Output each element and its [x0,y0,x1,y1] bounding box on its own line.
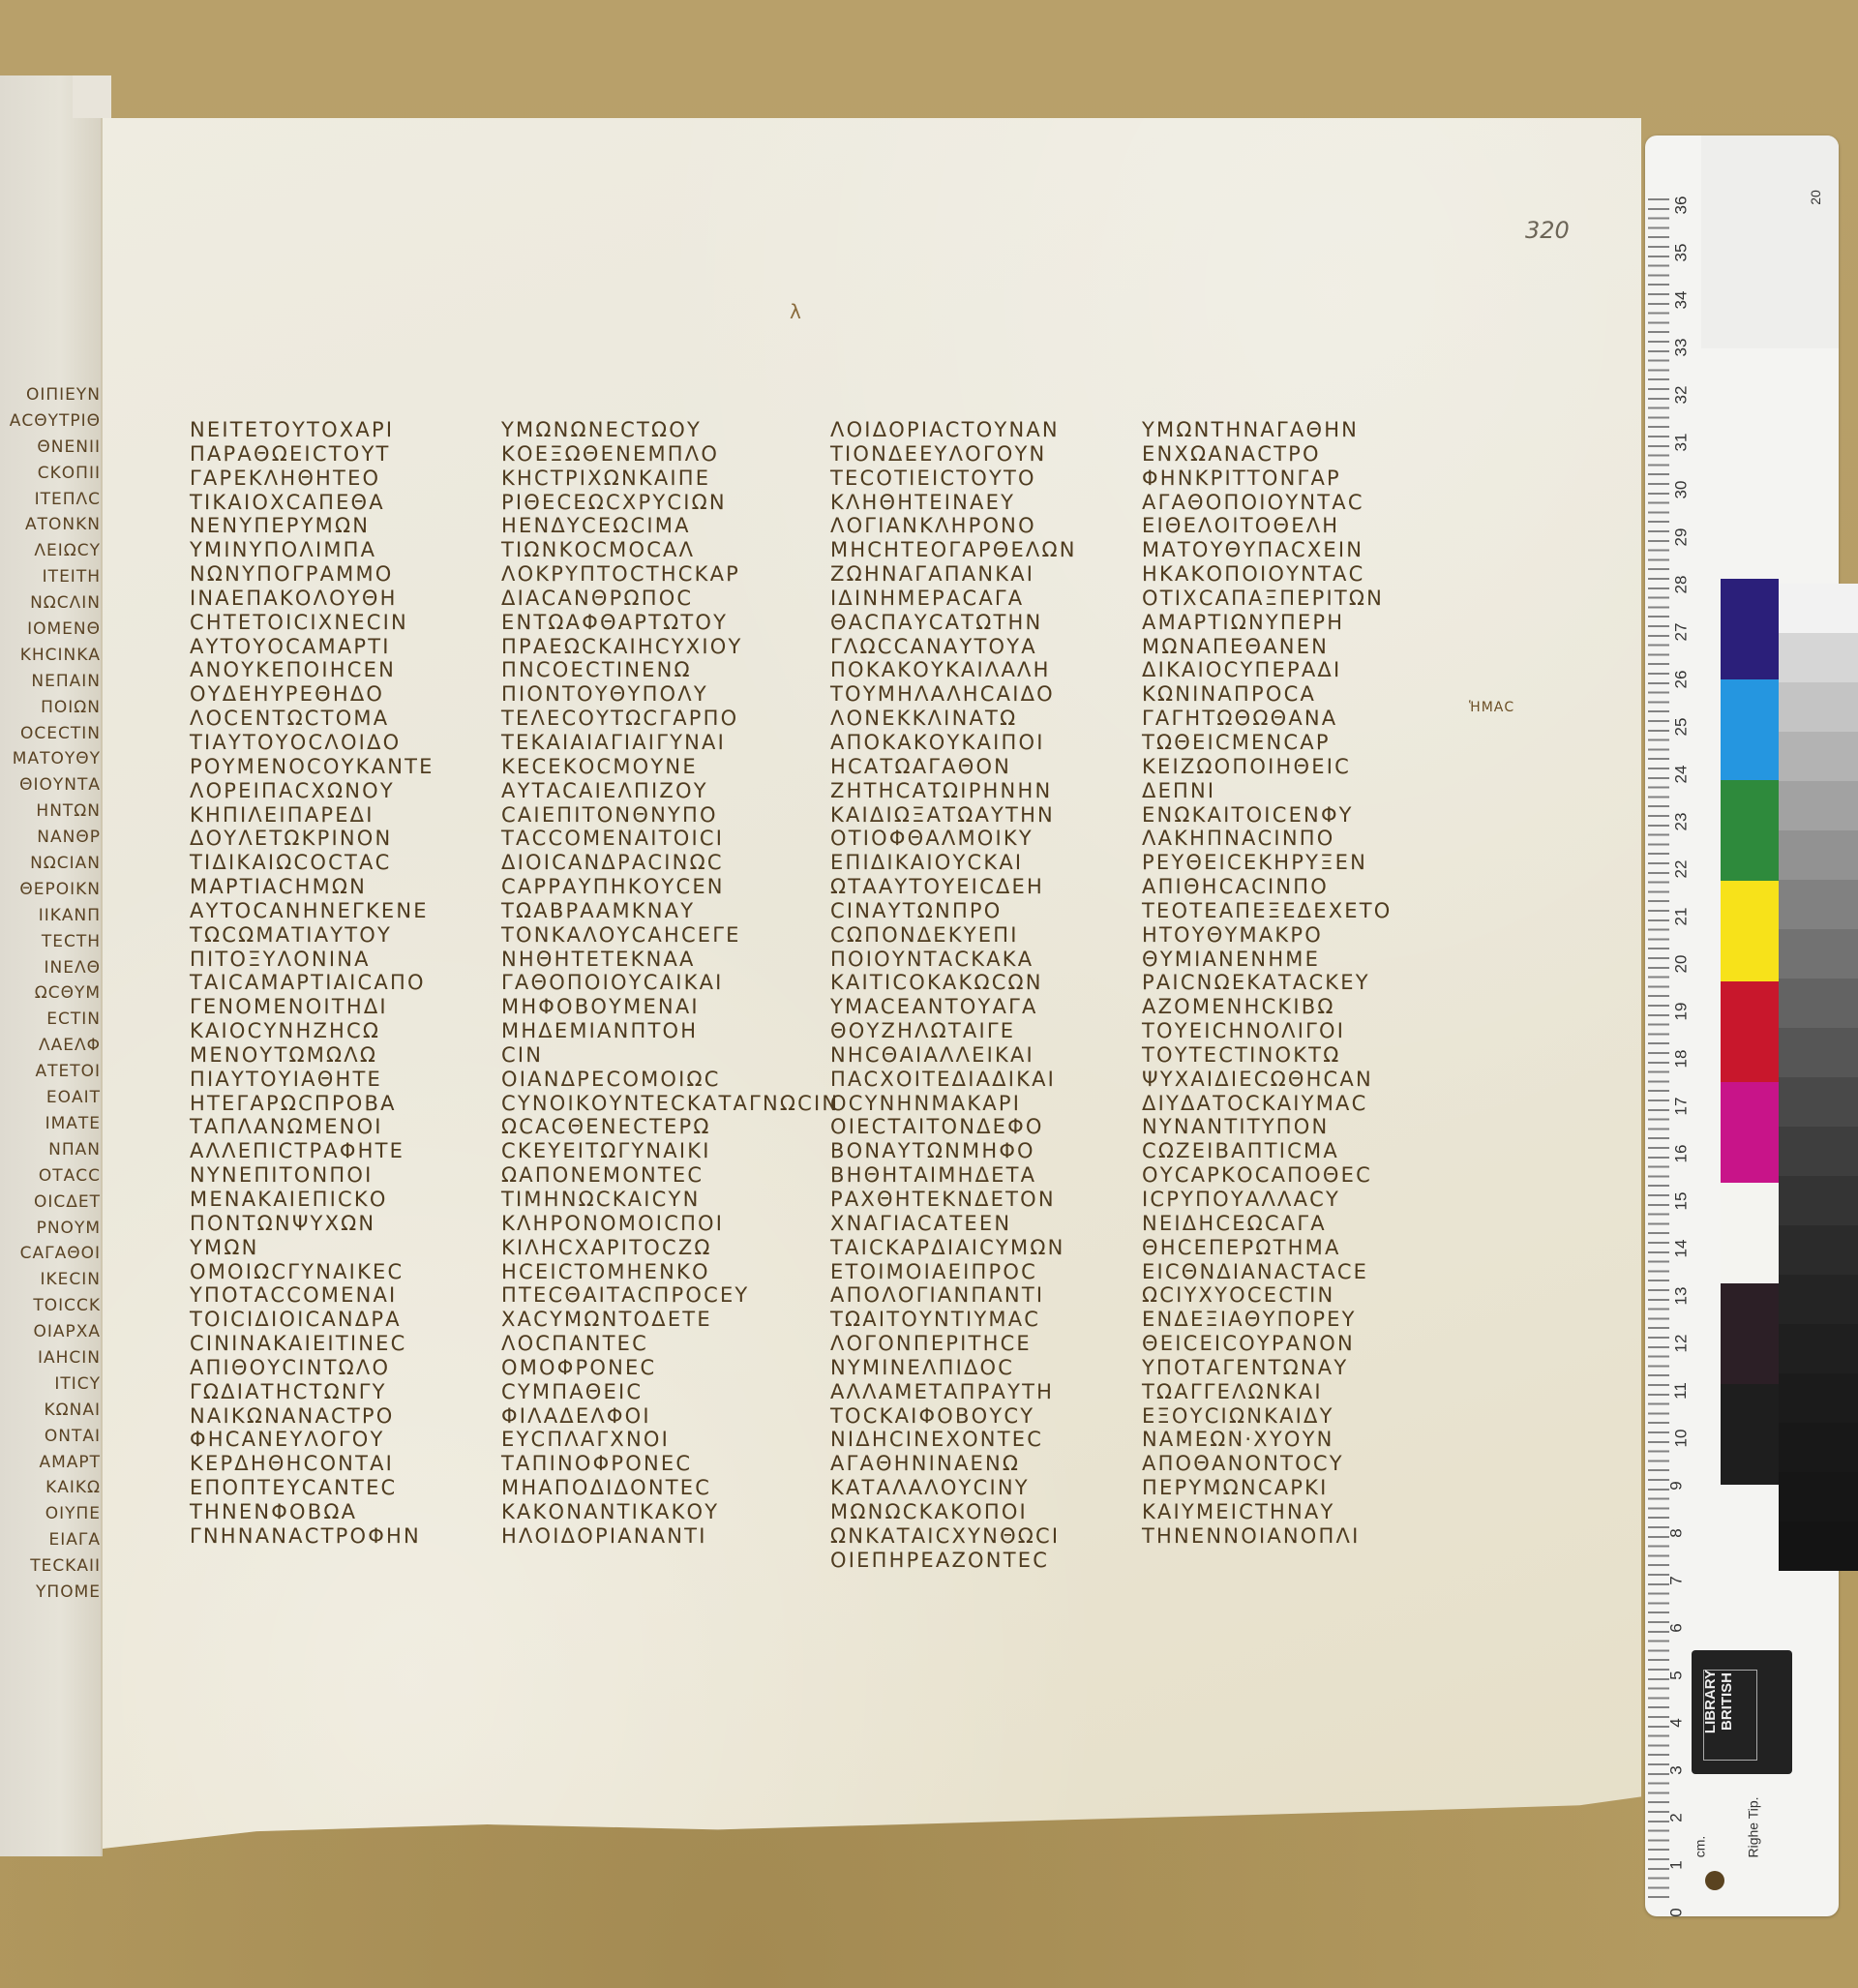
left-page-line: ΟΤΑϹϹ [0,1163,101,1190]
text-line: ΚΙΛΗϹΧΑΡΙΤΟϹΖΩ [501,1236,839,1260]
ruler-unit-label: cm. [1692,1836,1707,1858]
ruler-number: 26 [1671,671,1691,689]
gray-scale [1779,584,1858,1571]
ruler-number: 8 [1667,1528,1687,1537]
text-line: ΤΗΝΕΝΝΟΙΑΝΟΠΛΙ [1142,1524,1393,1549]
text-line: ΘΑϹΠΑΥϹΑΤΩΤΗΝ [830,611,1077,635]
text-line: ΖΩΗΝΑΓΑΠΑΝΚΑΙ [830,562,1077,587]
text-line: ΤΙΩΝΚΟϹΜΟϹΑΛ [501,538,839,562]
text-line: ΠΑΡΑΘΩΕΙϹΤΟΥΤ [190,442,435,467]
text-line: ΩΑΠΟΝΕΜΟΝΤΕϹ [501,1163,839,1188]
text-line: ΠΑϹΧΟΙΤΕΔΙΑΔΙΚΑΙ [830,1068,1077,1092]
text-line: ΩΝΚΑΤΑΙϹΧΥΝΘΩϹΙ [830,1524,1077,1549]
left-page-line: ΠΟΙΩΝ [0,695,101,721]
text-line: ΥΠΟΤΑΓΕΝΤΩΝΑΥ [1142,1356,1393,1380]
text-line: ΙΝΑΕΠΑΚΟΛΟΥΘΗ [190,587,435,611]
text-line: ΤΟϹΚΑΙΦΟΒΟΥϹΥ [830,1404,1077,1429]
text-line: ΖΗΤΗϹΑΤΩΙΡΗΝΗΝ [830,779,1077,803]
left-page-line: ϹΚΟΠΙΙ [0,461,101,487]
text-line: ΛΑΚΗΠΝΑϹΙΝΠΟ [1142,827,1393,851]
ruler-hole [1705,1871,1724,1890]
text-line: ΚΕϹΕΚΟϹΜΟΥΝΕ [501,755,839,779]
text-line: ΕΤΟΙΜΟΙΑΕΙΠΡΟϹ [830,1260,1077,1284]
ruler-number: 21 [1671,908,1691,926]
left-page-line: ΝΑΝΘΡ [0,825,101,851]
text-line: ΑΥΤΟϹΑΝΗΝΕΓΚΕΝΕ [190,899,435,923]
text-line: ΡΟΥΜΕΝΟϹΟΥΚΑΝΤΕ [190,755,435,779]
text-line: ΚΗΠΙΛΕΙΠΑΡΕΔΙ [190,803,435,828]
text-line: ΑΓΑΘΟΠΟΙΟΥΝΤΑϹ [1142,491,1393,515]
text-line: ΔΙΥΔΑΤΟϹΚΑΙΥΜΑϹ [1142,1092,1393,1116]
left-page-line: ΟΙΠΙΕΥΝ [0,382,101,408]
gray-step [1779,781,1858,830]
ruler-ticks [1648,198,1669,1902]
text-line: ΤΗΝΕΝΦΟΒΩΑ [190,1500,435,1524]
text-line: ΒΟΝΑΥΤΩΝΜΗΦΟ [830,1139,1077,1163]
text-line: ΕΝΤΩΑΦΘΑΡΤΩΤΟΥ [501,611,839,635]
ruler-number: 29 [1671,528,1691,547]
left-page-line: ΙΝΕΛΘ [0,955,101,981]
text-line: ΓΝΗΝΑΝΑϹΤΡΟΦΗΝ [190,1524,435,1549]
text-line: ΤΙΟΝΔΕΕΥΛΟΓΟΥΝ [830,442,1077,467]
text-line: ΑΖΟΜΕΝΗϹΚΙΒΩ [1142,995,1393,1019]
left-page-line: ΚΗϹΙΝΚΑ [0,643,101,669]
left-page-line: ΑΤΟΝΚΝ [0,512,101,538]
text-line: ΔΙΟΙϹΑΝΔΡΑϹΙΝΩϹ [501,851,839,875]
binding-strip [73,75,111,118]
text-line: ΦΗΝΚΡΙΤΤΟΝΓΑΡ [1142,467,1393,491]
text-line: ΑΠΟΚΑΚΟΥΚΑΙΠΟΙ [830,731,1077,755]
text-line: ΕΝΩΚΑΙΤΟΙϹΕΝΦΥ [1142,803,1393,828]
left-page-line: ΜΑΤΟΥΘΥ [0,746,101,772]
text-line: ΤΩΘΕΙϹΜΕΝϹΑΡ [1142,731,1393,755]
text-line: ΤΕΛΕϹΟΥΤΩϹΓΑΡΠΟ [501,707,839,731]
ruler-maker-label: Righe Tip. [1746,1796,1761,1857]
text-column-2: ΥΜΩΝΩΝΕϹΤΩΟΥΚΟΕΞΩΘΕΝΕΜΠΛΟΚΗϹΤΡΙΧΩΝΚΑΙΠΕΡ… [501,418,839,1549]
ruler-number: 16 [1671,1145,1691,1163]
text-line: ΕΥϹΠΛΑΓΧΝΟΙ [501,1428,839,1452]
text-line: ΜΩΝΩϹΚΑΚΟΠΟΙ [830,1500,1077,1524]
text-line: ΔΟΥΛΕΤΩΚΡΙΝΟΝ [190,827,435,851]
ruler-number: 35 [1671,244,1691,262]
text-line: ΕΞΟΥϹΙΩΝΚΑΙΔΥ [1142,1404,1393,1429]
text-line: ΤΙΔΙΚΑΙΩϹΟϹΤΑϹ [190,851,435,875]
left-page-line: ΟΙΑΡΧΑ [0,1319,101,1345]
text-line: ΧΝΑΓΙΑϹΑΤΕΕΝ [830,1212,1077,1236]
text-line: ΠΟΙΟΥΝΤΑϹΚΑΚΑ [830,948,1077,972]
text-line: ΠΟΝΤΩΝΨΥΧΩΝ [190,1212,435,1236]
text-line: ΚΑΚΟΝΑΝΤΙΚΑΚΟΥ [501,1500,839,1524]
left-page-line: ΚΩΝΑΙ [0,1398,101,1424]
left-page-line: ΟΙϹΔΕΤ [0,1190,101,1216]
text-line: ΘΕΙϹΕΙϹΟΥΡΑΝΟΝ [1142,1332,1393,1356]
text-line: ϹΩΠΟΝΔΕΚΥΕΠΙ [830,923,1077,948]
text-line: ΜΗΔΕΜΙΑΝΠΤΟΗ [501,1019,839,1043]
text-line: ΗΤΕΓΑΡΩϹΠΡΟΒΑ [190,1092,435,1116]
text-line: ΜΑΤΟΥΘΥΠΑϹΧΕΙΝ [1142,538,1393,562]
color-swatch [1721,881,1779,981]
text-line: ΑΜΑΡΤΙΩΝΥΠΕΡΗ [1142,611,1393,635]
text-line: ΛΟΓΙΑΝΚΛΗΡΟΝΟ [830,514,1077,538]
text-line: ΝΥΝΕΠΙΤΟΝΠΟΙ [190,1163,435,1188]
text-line: ΟΤΙΧϹΑΠΑΞΠΕΡΙΤΩΝ [1142,587,1393,611]
text-line: ΠΟΚΑΚΟΥΚΑΙΛΑΛΗ [830,658,1077,682]
text-line: ΘΥΜΙΑΝΕΝΗΜΕ [1142,948,1393,972]
color-swatch [1721,1183,1779,1283]
text-line: ΛΟΙΔΟΡΙΑϹΤΟΥΝΑΝ [830,418,1077,442]
gray-step [1779,929,1858,979]
margin-correction: ἩΜΑϹ [1469,700,1514,715]
text-line: ΑΥΤΑϹΑΙΕΛΠΙΖΟΥ [501,779,839,803]
text-line: ΠΝϹΟΕϹΤΙΝΕΝΩ [501,658,839,682]
gray-step [1779,830,1858,880]
text-line: ΛΟΝΕΚΚΛΙΝΑΤΩ [830,707,1077,731]
text-line: ΤΟΝΚΑΛΟΥϹΑΗϹΕΓΕ [501,923,839,948]
gray-step [1779,584,1858,633]
text-line: ΚΑΙΔΙΩΞΑΤΩΑΥΤΗΝ [830,803,1077,828]
text-line: ϹΑΙΕΠΙΤΟΝΘΝΥΠΟ [501,803,839,828]
gray-step [1779,1077,1858,1127]
left-page-line: ΕϹΤΙΝ [0,1007,101,1033]
text-line: ΥΜΩΝΩΝΕϹΤΩΟΥ [501,418,839,442]
text-line: ΜΕΝΟΥΤΩΜΩΛΩ [190,1043,435,1068]
ruler-number: 23 [1671,813,1691,831]
ruler-number: 20 [1671,955,1691,974]
left-page-line: ϹΑΓΑΘΟΙ [0,1241,101,1267]
library-badge: LIBRARY BRITISH [1692,1650,1792,1774]
ruler-number: 12 [1671,1335,1691,1353]
text-line: ΝΕΙΤΕΤΟΥΤΟΧΑΡΙ [190,418,435,442]
ruler-number: 33 [1671,339,1691,357]
text-line: ΤΑΠΙΝΟΦΡΟΝΕϹ [501,1452,839,1476]
ruler-number: 13 [1671,1287,1691,1306]
left-page-line: ΙΟΜΕΝΘ [0,617,101,643]
color-swatch [1721,1384,1779,1485]
text-line: ΛΟΓΟΝΠΕΡΙΤΗϹΕ [830,1332,1077,1356]
text-line: ΕΙϹΘΝΔΙΑΝΑϹΤΑϹΕ [1142,1260,1393,1284]
text-line: ΡΑΙϹΝΩΕΚΑΤΑϹΚΕΥ [1142,971,1393,995]
left-page-line: ΛΕΙΩϹΥ [0,538,101,564]
text-line: ΛΟϹΠΑΝΤΕϹ [501,1332,839,1356]
left-page-line: ΟϹΕϹΤΙΝ [0,721,101,747]
text-line: ΗϹΕΙϹΤΟΜΗΕΝΚΟ [501,1260,839,1284]
text-line: ΟΜΟΦΡΟΝΕϹ [501,1356,839,1380]
left-page-line: ΙΙΚΑΝΠ [0,903,101,929]
text-line: ϹΩΖΕΙΒΑΠΤΙϹΜΑ [1142,1139,1393,1163]
text-line: ΩϹΑϹΘΕΝΕϹΤΕΡΩ [501,1115,839,1139]
text-line: ΤΩΑΓΓΕΛΩΝΚΑΙ [1142,1380,1393,1404]
text-line: ΡΑΧΘΗΤΕΚΝΔΕΤΟΝ [830,1188,1077,1212]
ruler-number: 36 [1671,196,1691,215]
text-line: ΓΑΘΟΠΟΙΟΥϹΑΙΚΑΙ [501,971,839,995]
gray-step [1779,1324,1858,1373]
text-line: ΝΕΝΥΠΕΡΥΜΩΝ [190,514,435,538]
text-line: ΤΟΥΤΕϹΤΙΝΟΚΤΩ [1142,1043,1393,1068]
left-page-line: ΝΩϹΙΑΝ [0,851,101,877]
ruler-number: 1 [1667,1860,1687,1869]
text-line: ΜΗϹΗΤΕΟΓΑΡΘΕΛΩΝ [830,538,1077,562]
text-line: ΘΟΥΖΗΛΩΤΑΙΓΕ [830,1019,1077,1043]
left-page-line: ΑΜΑΡΤ [0,1450,101,1476]
left-page-line: ΚΑΙΚΩ [0,1475,101,1501]
text-line: ΝΗϹΘΑΙΑΛΛΕΙΚΑΙ [830,1043,1077,1068]
text-line: ΦΗϹΑΝΕΥΛΟΓΟΥ [190,1428,435,1452]
text-line: ΠΡΑΕΩϹΚΑΙΗϹΥΧΙΟΥ [501,635,839,659]
ruler-number: 4 [1667,1718,1687,1727]
text-line: ΑΠΙΘΗϹΑϹΙΝΠΟ [1142,875,1393,899]
text-line: ΚΑΙΤΙϹΟΚΑΚΩϹΩΝ [830,971,1077,995]
ruler-number: 18 [1671,1050,1691,1069]
text-line: ΥΜΩΝ [190,1236,435,1260]
text-line: ΝΕΙΔΗϹΕΩϹΑΓΑ [1142,1212,1393,1236]
gray-step [1779,1373,1858,1423]
text-line: ΤΩΑΙΤΟΥΝΤΙΥΜΑϹ [830,1308,1077,1332]
text-line: ΠΙΟΝΤΟΥΘΥΠΟΛΥ [501,682,839,707]
text-line: ΔΙΑϹΑΝΘΡΩΠΟϹ [501,587,839,611]
quire-mark: λ [790,300,801,323]
ruler-number: 24 [1671,766,1691,784]
text-line: ΑΠΟΘΑΝΟΝΤΟϹΥ [1142,1452,1393,1476]
text-line: ΠΕΡΥΜΩΝϹΑΡΚΙ [1142,1476,1393,1500]
gray-step [1779,1423,1858,1472]
text-line: ΘΗϹΕΠΕΡΩΤΗΜΑ [1142,1236,1393,1260]
text-line: ΥΠΟΤΑϹϹΟΜΕΝΑΙ [190,1283,435,1308]
text-line: ΓΑΡΕΚΛΗΘΗΤΕΟ [190,467,435,491]
left-page-line: ΟΙΥΠΕ [0,1501,101,1527]
left-page-line: ΑΤΕΤΟΙ [0,1059,101,1085]
text-line: ΤΟΥΕΙϹΗΝΟΛΙΓΟΙ [1142,1019,1393,1043]
left-page-line: ΙΤΙϹΥ [0,1371,101,1398]
badge-label: LIBRARY BRITISH [1702,1655,1735,1748]
left-page-line: ΤΕϹΚΑΙΙ [0,1553,101,1580]
text-line: ΤΕΟΤΕΑΠΕΞΕΔΕΧΕΤΟ [1142,899,1393,923]
text-line: ΧΑϹΥΜΩΝΤΟΔΕΤΕ [501,1308,839,1332]
left-page-line: ΗΝΤΩΝ [0,798,101,825]
text-line: ΥΜΙΝΥΠΟΛΙΜΠΑ [190,538,435,562]
ruler-number: 28 [1671,576,1691,594]
text-line: ΕΙΘΕΛΟΙΤΟΘΕΛΗ [1142,514,1393,538]
ruler-number: 27 [1671,623,1691,642]
text-line: ΗΤΟΥΘΥΜΑΚΡΟ [1142,923,1393,948]
left-page-line: ΝΕΠΑΙΝ [0,669,101,695]
text-line: ΙϹΡΥΠΟΥΑΛΛΑϹΥ [1142,1188,1393,1212]
text-line: ΡΙΘΕϹΕΩϹΧΡΥϹΙΩΝ [501,491,839,515]
ruler-number: 31 [1671,434,1691,452]
text-line: ϹΙΝΑΥΤΩΝΠΡΟ [830,899,1077,923]
text-line: ΓΩΔΙΑΤΗϹΤΩΝΓΥ [190,1380,435,1404]
text-line: ΟΙΑΝΔΡΕϹΟΜΟΙΩϹ [501,1068,839,1092]
color-swatch [1721,679,1779,780]
text-line: ΤΩΑΒΡΑΑΜΚΝΑΥ [501,899,839,923]
ruler-number: 3 [1667,1765,1687,1774]
text-line: ΩϹΙΥΧΥΟϹΕϹΤΙΝ [1142,1283,1393,1308]
text-line: ΤΕϹΟΤΙΕΙϹΤΟΥΤΟ [830,467,1077,491]
left-page-line: ΕΟΑΙΤ [0,1085,101,1111]
text-line: ΛΟΚΡΥΠΤΟϹΤΗϹΚΑΡ [501,562,839,587]
left-page-line: ΩϹΘΥΜ [0,980,101,1007]
text-line: ΤΑΙϹΚΑΡΔΙΑΙϹΥΜΩΝ [830,1236,1077,1260]
color-swatch [1721,1283,1779,1384]
text-line: ΚΩΝΙΝΑΠΡΟϹΑ [1142,682,1393,707]
text-line: ΤΙΑΥΤΟΥΟϹΛΟΙΔΟ [190,731,435,755]
text-column-3: ΛΟΙΔΟΡΙΑϹΤΟΥΝΑΝΤΙΟΝΔΕΕΥΛΟΓΟΥΝΤΕϹΟΤΙΕΙϹΤΟ… [830,418,1077,1573]
text-line: ΑΥΤΟΥΟϹΑΜΑΡΤΙ [190,635,435,659]
text-line: ΑΛΛΕΠΙϹΤΡΑΦΗΤΕ [190,1139,435,1163]
text-line: ΝΑΜΕΩΝ·ΧΥΟΥΝ [1142,1428,1393,1452]
gray-step [1779,880,1858,929]
text-line: ϹΚΕΥΕΙΤΩΓΥΝΑΙΚΙ [501,1139,839,1163]
ruler-number: 30 [1671,481,1691,499]
ruler-number: 14 [1671,1240,1691,1258]
text-line: ΝΗΘΗΤΕΤΕΚΝΑΑ [501,948,839,972]
text-line: ΕΝΧΩΑΝΑϹΤΡΟ [1142,442,1393,467]
left-page-text: ΟΙΠΙΕΥΝΑϹΘΥΤΡΙΘΘΝΕΝΙΙϹΚΟΠΙΙΙΤΕΠΛϹΑΤΟΝΚΝΛ… [0,382,101,1606]
gray-step [1779,1127,1858,1176]
text-line: ΟΙΕΠΗΡΕΑΖΟΝΤΕϹ [830,1549,1077,1573]
left-page-line: ΤΟΙϹϹΚ [0,1293,101,1319]
text-line: ΕΠΟΠΤΕΥϹΑΝΤΕϹ [190,1476,435,1500]
text-line: ΑΓΑΘΗΝΙΝΑΕΝΩ [830,1452,1077,1476]
text-line: ΥΜΑϹΕΑΝΤΟΥΑΓΑ [830,995,1077,1019]
text-line: ΚΛΗΡΟΝΟΜΟΙϹΠΟΙ [501,1212,839,1236]
ruler-number: 25 [1671,718,1691,737]
text-line: ΟΜΟΙΩϹΓΥΝΑΙΚΕϹ [190,1260,435,1284]
text-line: ΑΝΟΥΚΕΠΟΙΗϹΕΝ [190,658,435,682]
text-line: ΕΠΙΔΙΚΑΙΟΥϹΚΑΙ [830,851,1077,875]
left-page-line: ΝΠΑΝ [0,1137,101,1163]
left-page-line: ΘΙΟΥΝΤΑ [0,772,101,798]
gray-step [1779,1176,1858,1225]
text-line: ΤΕΚΑΙΑΙΑΓΙΑΙΓΥΝΑΙ [501,731,839,755]
ruler-number: 22 [1671,860,1691,879]
text-line: ΚΛΗΘΗΤΕΙΝΑΕΥ [830,491,1077,515]
text-line: ΤΟΙϹΙΔΙΟΙϹΑΝΔΡΑ [190,1308,435,1332]
left-page-line: ΙΚΕϹΙΝ [0,1267,101,1293]
left-page-line: ΡΝΟΥΜ [0,1216,101,1242]
ruler-number: 0 [1667,1908,1687,1916]
color-swatch [1721,1082,1779,1183]
text-line: ΤΟΥΜΗΛΑΛΗϹΑΙΔΟ [830,682,1077,707]
gray-step [1779,633,1858,682]
text-line: ΚΑΙΥΜΕΙϹΤΗΝΑΥ [1142,1500,1393,1524]
text-line: ΟΙΕϹΤΑΙΤΟΝΔΕΦΟ [830,1115,1077,1139]
text-line: ΠΙΤΟΞΥΛΟΝΙΝΑ [190,948,435,972]
text-column-1: ΝΕΙΤΕΤΟΥΤΟΧΑΡΙΠΑΡΑΘΩΕΙϹΤΟΥΤΓΑΡΕΚΛΗΘΗΤΕΟΤ… [190,418,435,1549]
left-page-line: ΘΝΕΝΙΙ [0,435,101,461]
text-line: ΑΛΛΑΜΕΤΑΠΡΑΥΤΗ [830,1380,1077,1404]
text-line: ΔΕΠΝΙ [1142,779,1393,803]
text-line: ΜΑΡΤΙΑϹΗΜΩΝ [190,875,435,899]
text-column-4: ΥΜΩΝΤΗΝΑΓΑΘΗΝΕΝΧΩΑΝΑϹΤΡΟΦΗΝΚΡΙΤΤΟΝΓΑΡΑΓΑ… [1142,418,1393,1549]
left-page-line: ΑϹΘΥΤΡΙΘ [0,408,101,435]
text-line: ΤΙΚΑΙΟΧϹΑΠΕΘΑ [190,491,435,515]
text-line: ΜΗΦΟΒΟΥΜΕΝΑΙ [501,995,839,1019]
text-line: ΝΥΝΑΝΤΙΤΥΠΟΝ [1142,1115,1393,1139]
text-line: ΟΤΙΟΦΘΑΛΜΟΙΚΥ [830,827,1077,851]
ruler-number: 7 [1667,1576,1687,1584]
ruler-number: 2 [1667,1813,1687,1822]
text-line: ΜΗΑΠΟΔΙΔΟΝΤΕϹ [501,1476,839,1500]
text-line: ΚΕΙΖΩΟΠΟΙΗΘΕΙϹ [1142,755,1393,779]
text-line: ΟΥΔΕΗΥΡΕΘΗΔΟ [190,682,435,707]
folio-number: 320 [1525,217,1570,244]
ruler-number: 5 [1667,1671,1687,1679]
text-line: ΝΥΜΙΝΕΛΠΙΔΟϹ [830,1356,1077,1380]
left-page-line: ΙΑΗϹΙΝ [0,1345,101,1371]
text-line: ΙΔΙΝΗΜΕΡΑϹΑΓΑ [830,587,1077,611]
text-line: ΨΥΧΑΙΔΙΕϹΩΘΗϹΑΝ [1142,1068,1393,1092]
left-page-line: ΥΠΟΜΕ [0,1580,101,1606]
text-line: ΚΗϹΤΡΙΧΩΝΚΑΙΠΕ [501,467,839,491]
text-line: ΤΑΠΛΑΝΩΜΕΝΟΙ [190,1115,435,1139]
text-line: ΓΑΓΗΤΩΘΩΘΑΝΑ [1142,707,1393,731]
left-page-line: ΘΕΡΟΙΚΝ [0,877,101,903]
ruler-number: 10 [1671,1430,1691,1448]
text-line: ΤΩϹΩΜΑΤΙΑΥΤΟΥ [190,923,435,948]
text-line: ΝΙΔΗϹΙΝΕΧΟΝΤΕϹ [830,1428,1077,1452]
text-line: ΝΑΙΚΩΝΑΝΑϹΤΡΟ [190,1404,435,1429]
text-line: ΒΗΘΗΤΑΙΜΗΔΕΤΑ [830,1163,1077,1188]
text-line: ΚΑΤΑΛΑΛΟΥϹΙΝΥ [830,1476,1077,1500]
text-line: ΤΙΜΗΝΩϹΚΑΙϹΥΝ [501,1188,839,1212]
text-line: ΕΝΔΕΞΙΑΘΥΠΟΡΕΥ [1142,1308,1393,1332]
text-line: ΛΟϹΕΝΤΩϹΤΟΜΑ [190,707,435,731]
text-line: ΝΩΝΥΠΟΓΡΑΜΜΟ [190,562,435,587]
gray-step [1779,1028,1858,1077]
gray-step [1779,1521,1858,1571]
text-line: ϹΥΜΠΑΘΕΙϹ [501,1380,839,1404]
text-line: ΛΟΡΕΙΠΑϹΧΩΝΟΥ [190,779,435,803]
ruler-number: 32 [1671,386,1691,405]
text-line: ΚΟΕΞΩΘΕΝΕΜΠΛΟ [501,442,839,467]
text-line: ΤΑϹϹΟΜΕΝΑΙΤΟΙϹΙ [501,827,839,851]
text-line: ΔΙΚΑΙΟϹΥΠΕΡΑΔΙ [1142,658,1393,682]
ruler-number: 19 [1671,1003,1691,1021]
text-line: ΤΑΙϹΑΜΑΡΤΙΑΙϹΑΠΟ [190,971,435,995]
text-line: ΩΤΑΑΥΤΟΥΕΙϹΔΕΗ [830,875,1077,899]
text-line: ΗϹΑΤΩΑΓΑΘΟΝ [830,755,1077,779]
text-line: ΥΜΩΝΤΗΝΑΓΑΘΗΝ [1142,418,1393,442]
text-line: ΗΛΟΙΔΟΡΙΑΝΑΝΤΙ [501,1524,839,1549]
color-swatch [1721,981,1779,1082]
left-page-line: ΝΩϹΛΙΝ [0,590,101,617]
color-swatch [1721,780,1779,881]
color-swatches [1721,579,1779,1485]
gray-step [1779,732,1858,781]
text-line: ΗΕΝΔΥϹΕΩϹΙΜΑ [501,514,839,538]
text-line: ΦΙΛΑΔΕΛΦΟΙ [501,1404,839,1429]
text-line: ΓΛΩϹϹΑΝΑΥΤΟΥΑ [830,635,1077,659]
ruler-number: 6 [1667,1623,1687,1632]
text-line: ϹΥΝΟΙΚΟΥΝΤΕϹΚΑΤΑΓΝΩϹΙΝ [501,1092,839,1116]
ruler-number: 11 [1671,1382,1691,1400]
text-line: ΜΩΝΑΠΕΘΑΝΕΝ [1142,635,1393,659]
text-line: ϹΗΤΕΤΟΙϹΙΧΝΕϹΙΝ [190,611,435,635]
ruler-number: 9 [1667,1481,1687,1490]
text-line: ΚΑΙΟϹΥΝΗΖΗϹΩ [190,1019,435,1043]
text-line: ΚΕΡΔΗΘΗϹΟΝΤΑΙ [190,1452,435,1476]
left-page-line: ΟΝΤΑΙ [0,1424,101,1450]
gray-step [1779,682,1858,732]
text-line: ΑΠΟΛΟΓΙΑΝΠΑΝΤΙ [830,1283,1077,1308]
color-swatch [1721,579,1779,679]
ruler-top-number: 20 [1808,190,1823,205]
text-line: ΟΥϹΑΡΚΟϹΑΠΟΘΕϹ [1142,1163,1393,1188]
ruler-number: 17 [1671,1098,1691,1116]
text-line: ΑΠΙΘΟΥϹΙΝΤΩΛΟ [190,1356,435,1380]
gray-step [1779,1275,1858,1324]
text-line: ΡΕΥΘΕΙϹΕΚΗΡΥΞΕΝ [1142,851,1393,875]
